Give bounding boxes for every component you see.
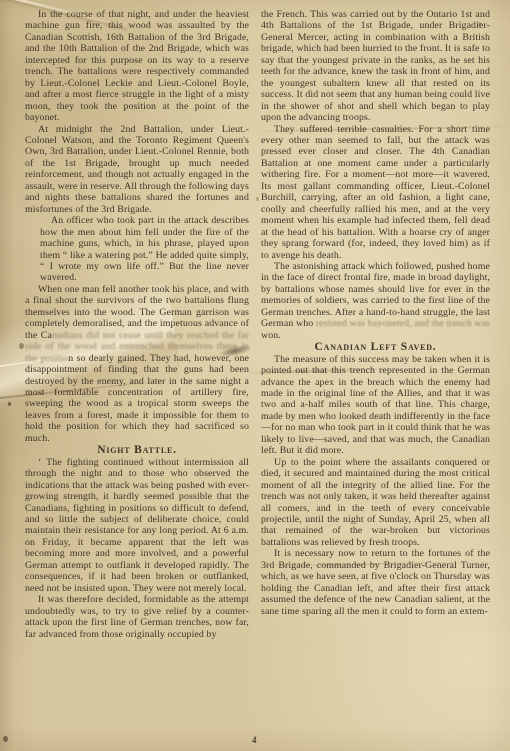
crease-damaged-text: resisted was bayoneted, and the trench w…: [316, 318, 490, 329]
page-number: 4: [252, 735, 257, 745]
section-heading-canadian-left-saved: Canadian Left Saved.: [261, 342, 490, 354]
paragraph-wood-charge: When one man fell another took his place…: [25, 284, 249, 444]
paragraph-return-to-3rd-brigade: It is necessary now to return to the for…: [261, 548, 490, 617]
paragraph-midnight-battalions: At midnight the 2nd Battalion, under Lie…: [25, 124, 249, 216]
paper-specks: [8, 402, 11, 406]
left-column: In the course of that night, and under t…: [25, 9, 249, 640]
paragraph-wood-charge-end: n so dearly gained. They had, however, o…: [25, 353, 249, 444]
paragraph-fighting-continued: ‘ The fighting continued without intermi…: [25, 457, 249, 594]
section-heading-night-battle: Night Battle.: [25, 445, 249, 457]
paragraph-measure-of-success: The measure of this success may be taken…: [261, 354, 490, 457]
right-column: the French. This was carried out by the …: [261, 9, 490, 617]
blockquote-officer-account: An officer who took part in the attack d…: [40, 215, 249, 284]
scanned-page: In the course of that night, and under t…: [0, 0, 510, 751]
paragraph-integrity-of-line: Up to the point where the assailants con…: [261, 457, 490, 549]
paragraph-counter-attack-decision: It was therefore decided, formidable as …: [25, 594, 249, 640]
paragraph-astonishing-attack: The astonishing attack which followed, p…: [261, 261, 490, 341]
paragraph-night-assault: In the course of that night, and under t…: [25, 9, 249, 124]
paragraph-terrible-casualties: They suffered terrible casualties. For a…: [261, 124, 490, 261]
paragraph-french-continuation: the French. This was carried out by the …: [261, 9, 490, 124]
paragraph-astonishing-attack-end: won.: [261, 330, 281, 341]
